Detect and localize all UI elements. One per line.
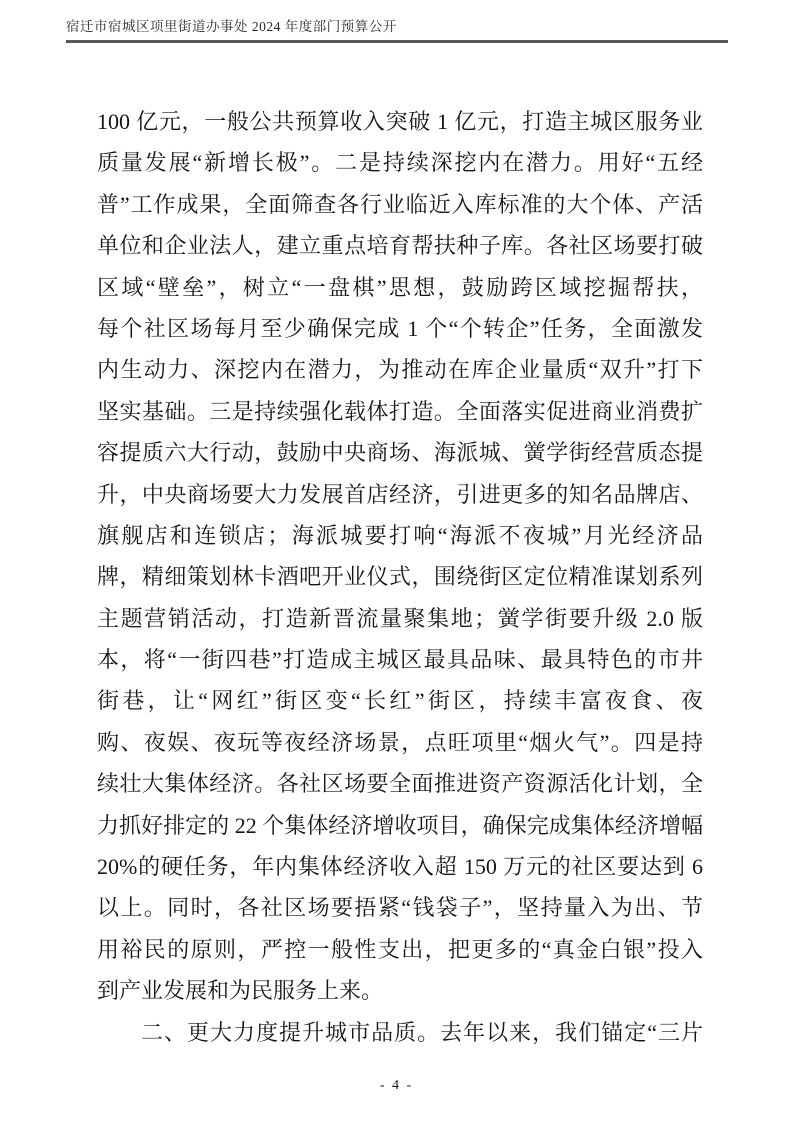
body-line-15: 街巷，让“网红”街区变“长红”街区，持续丰富夜食、夜 bbox=[97, 680, 703, 721]
body-line-20: 以上。同时，各社区场要捂紧“钱袋子”，坚持量入为出、节 bbox=[97, 887, 703, 928]
body-line-17: 续壮大集体经济。各社区场要全面推进资产资源活化计划，全 bbox=[97, 763, 703, 804]
header-rule bbox=[66, 40, 728, 43]
body-line-18: 力抓好排定的 22 个集体经济增收项目，确保完成集体经济增幅 bbox=[97, 805, 703, 846]
body-line-11: 旗舰店和连锁店；海派城要打响“海派不夜城”月光经济品 bbox=[97, 515, 703, 556]
body-line-19: 20%的硬任务，年内集体经济收入超 150 万元的社区要达到 6 家 bbox=[97, 846, 703, 887]
body-line-7: 内生动力、深挖内在潜力，为推动在库企业量质“双升”打下 bbox=[97, 349, 703, 390]
body-line-4: 单位和企业法人，建立重点培育帮扶种子库。各社区场要打破 bbox=[97, 225, 703, 266]
body-line-6: 每个社区场每月至少确保完成 1 个“个转企”任务，全面激发 bbox=[97, 308, 703, 349]
body-line-23: 二、更大力度提升城市品质。去年以来，我们锚定“三片 bbox=[97, 1012, 703, 1053]
body-line-22: 到产业发展和为民服务上来。 bbox=[97, 970, 703, 1011]
body-line-13: 主题营销活动，打造新晋流量聚集地；黉学街要升级 2.0 版 bbox=[97, 598, 703, 639]
body-line-16: 购、夜娱、夜玩等夜经济场景，点旺项里“烟火气”。四是持 bbox=[97, 722, 703, 763]
page-number: - 4 - bbox=[0, 1078, 793, 1094]
document-header-title: 宿迁市宿城区项里街道办事处 2024 年度部门预算公开 bbox=[66, 17, 728, 37]
body-line-2: 质量发展“新增长极”。二是持续深挖内在潜力。用好“五经 bbox=[97, 142, 703, 183]
body-line-9: 容提质六大行动，鼓励中央商场、海派城、黉学街经营质态提 bbox=[97, 432, 703, 473]
body-line-3: 普”工作成果，全面筛查各行业临近入库标准的大个体、产活 bbox=[97, 184, 703, 225]
body-line-1: 100 亿元，一般公共预算收入突破 1 亿元，打造主城区服务业高 bbox=[97, 101, 703, 142]
body-line-5: 区域“壁垒”，树立“一盘棋”思想，鼓励跨区域挖掘帮扶， bbox=[97, 267, 703, 308]
body-line-8: 坚实基础。三是持续强化载体打造。全面落实促进商业消费扩 bbox=[97, 391, 703, 432]
document-page: 宿迁市宿城区项里街道办事处 2024 年度部门预算公开 100 亿元，一般公共预… bbox=[0, 0, 793, 1122]
body-line-14: 本，将“一街四巷”打造成主城区最具品味、最具特色的市井 bbox=[97, 639, 703, 680]
body-line-21: 用裕民的原则，严控一般性支出，把更多的“真金白银”投入 bbox=[97, 929, 703, 970]
body-line-10: 升，中央商场要大力发展首店经济，引进更多的知名品牌店、 bbox=[97, 474, 703, 515]
body-line-12: 牌，精细策划林卡酒吧开业仪式，围绕街区定位精准谋划系列 bbox=[97, 556, 703, 597]
body-text: 100 亿元，一般公共预算收入突破 1 亿元，打造主城区服务业高 质量发展“新增… bbox=[97, 101, 703, 1053]
